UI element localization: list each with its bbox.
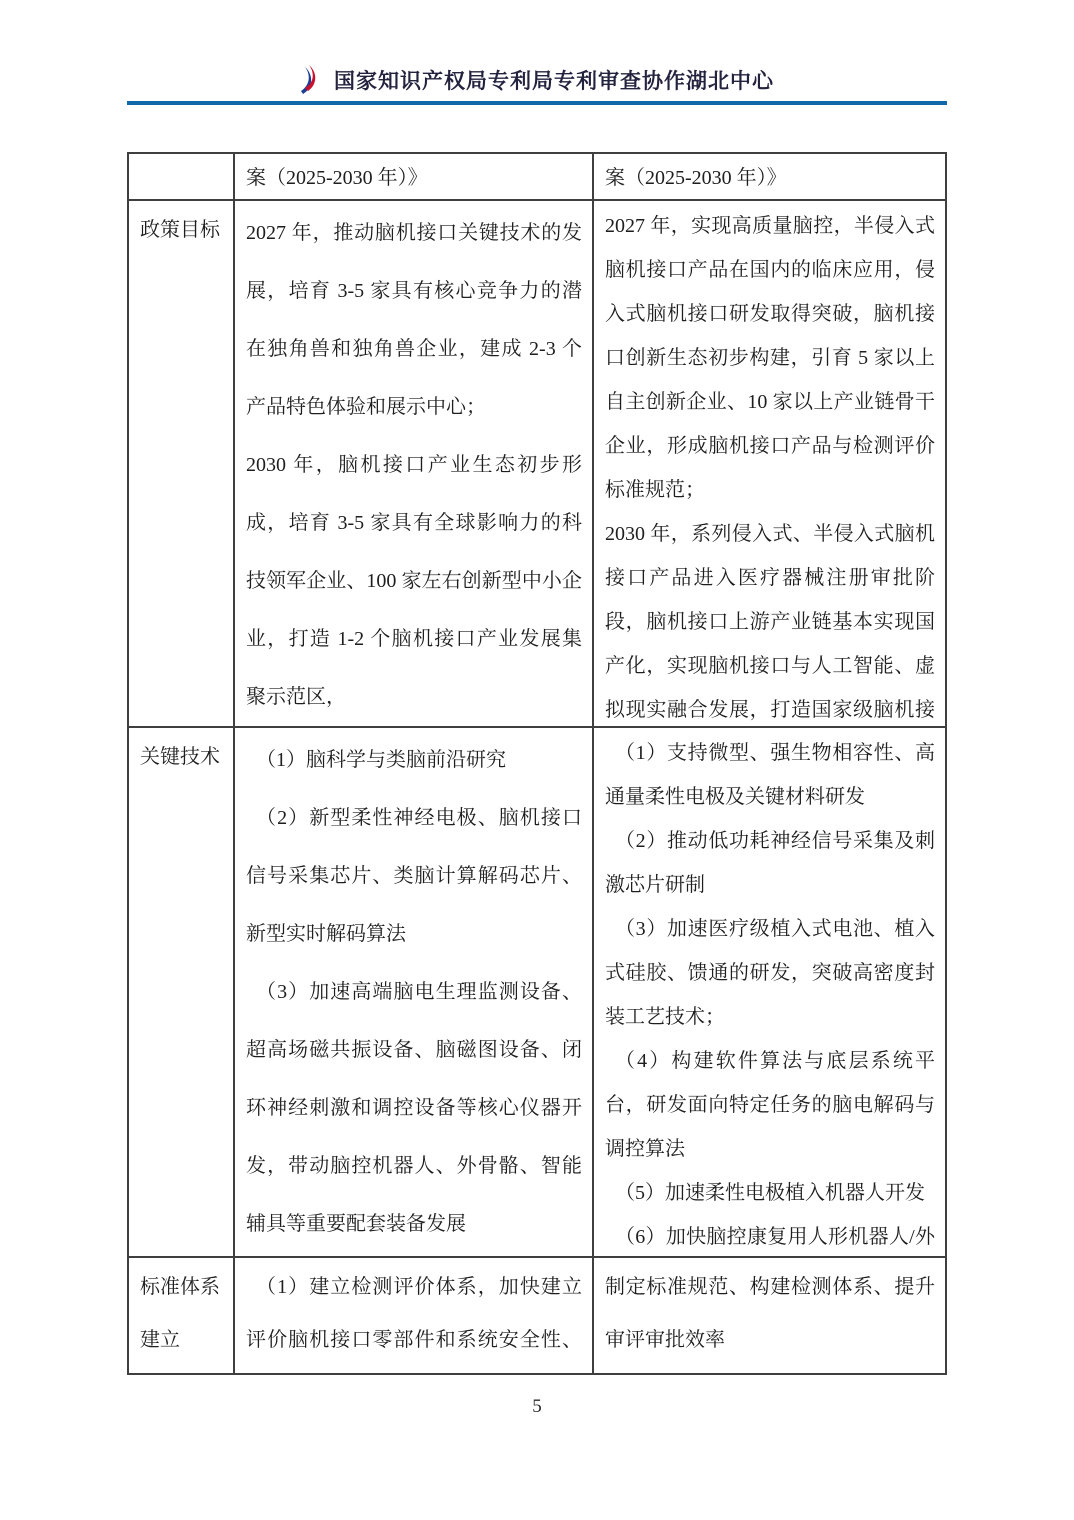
page-number: 5 xyxy=(0,1396,1074,1418)
standards-left-cell: （1）建立检测评价体系，加快建立评价脑机接口零部件和系统安全性、有效性、 xyxy=(234,1257,593,1374)
paragraph: 2030 年，脑机接口产业生态初步形成，培育 3-5 家具有全球影响力的科技领军… xyxy=(246,436,582,726)
row-label-key-technologies: 关键技术 xyxy=(128,727,234,1257)
page-header: 国家知识产权局专利局专利审查协作湖北中心 xyxy=(127,60,947,100)
policy-goals-left-cell: 2027 年，推动脑机接口关键技术的发展，培育 3-5 家具有核心竞争力的潜在独… xyxy=(234,200,593,727)
paragraph: （2）新型柔性神经电极、脑机接口信号采集芯片、类脑计算解码芯片、新型实时解码算法 xyxy=(246,789,582,963)
policy-comparison-table: 案（2025-2030 年）》 案（2025-2030 年）》 政策目标 202… xyxy=(127,152,947,1375)
paragraph: （6）加快脑控康复用人形机器人/外骨骼、机械臂、义肢假体等外围设备研发 xyxy=(605,1215,935,1256)
paragraph: 制定标准规范、构建检测体系、提升审评审批效率 xyxy=(605,1261,935,1367)
paragraph: （1）支持微型、强生物相容性、高通量柔性电极及关键材料研发 xyxy=(605,731,935,819)
row-label-standards-system: 标准体系建立 xyxy=(128,1257,234,1374)
sipo-logo-icon xyxy=(300,64,322,96)
paragraph: 2027 年，实现高质量脑控，半侵入式脑机接口产品在国内的临床应用，侵入式脑机接… xyxy=(605,204,935,512)
paragraph: （5）加速柔性电极植入机器人开发 xyxy=(605,1171,935,1215)
key-tech-right-cell: （1）支持微型、强生物相容性、高通量柔性电极及关键材料研发 （2）推动低功耗神经… xyxy=(593,727,946,1257)
paragraph: （1）脑科学与类脑前沿研究 xyxy=(246,731,582,789)
paragraph: （4）构建软件算法与底层系统平台，研发面向特定任务的脑电解码与调控算法 xyxy=(605,1039,935,1171)
paragraph: （3）加速高端脑电生理监测设备、超高场磁共振设备、脑磁图设备、闭环神经刺激和调控… xyxy=(246,963,582,1253)
header-cell-plan-right: 案（2025-2030 年）》 xyxy=(593,153,946,200)
page-header-title: 国家知识产权局专利局专利审查协作湖北中心 xyxy=(334,65,774,95)
table-row-policy-goals: 政策目标 2027 年，推动脑机接口关键技术的发展，培育 3-5 家具有核心竞争… xyxy=(128,200,946,727)
header-divider xyxy=(127,101,947,105)
paragraph: （1）建立检测评价体系，加快建立评价脑机接口零部件和系统安全性、有效性、 xyxy=(246,1261,582,1373)
document-page: 国家知识产权局专利局专利审查协作湖北中心 案（2025-2030 年）》 案（2… xyxy=(0,0,1074,1520)
table-header-row: 案（2025-2030 年）》 案（2025-2030 年）》 xyxy=(128,153,946,200)
paragraph: 2027 年，推动脑机接口关键技术的发展，培育 3-5 家具有核心竞争力的潜在独… xyxy=(246,204,582,436)
paragraph: 2030 年，系列侵入式、半侵入式脑机接口产品进入医疗器械注册审批阶段，脑机接口… xyxy=(605,512,935,726)
key-tech-left-cell: （1）脑科学与类脑前沿研究 （2）新型柔性神经电极、脑机接口信号采集芯片、类脑计… xyxy=(234,727,593,1257)
paragraph: （2）推动低功耗神经信号采集及刺激芯片研制 xyxy=(605,819,935,907)
header-cell-plan-left: 案（2025-2030 年）》 xyxy=(234,153,593,200)
standards-right-cell: 制定标准规范、构建检测体系、提升审评审批效率 xyxy=(593,1257,946,1374)
paragraph: （3）加速医疗级植入式电池、植入式硅胶、馈通的研发，突破高密度封装工艺技术； xyxy=(605,907,935,1039)
policy-goals-right-cell: 2027 年，实现高质量脑控，半侵入式脑机接口产品在国内的临床应用，侵入式脑机接… xyxy=(593,200,946,727)
header-cell-empty xyxy=(128,153,234,200)
row-label-policy-goals: 政策目标 xyxy=(128,200,234,727)
table-row-standards-system: 标准体系建立 （1）建立检测评价体系，加快建立评价脑机接口零部件和系统安全性、有… xyxy=(128,1257,946,1374)
table-row-key-technologies: 关键技术 （1）脑科学与类脑前沿研究 （2）新型柔性神经电极、脑机接口信号采集芯… xyxy=(128,727,946,1257)
